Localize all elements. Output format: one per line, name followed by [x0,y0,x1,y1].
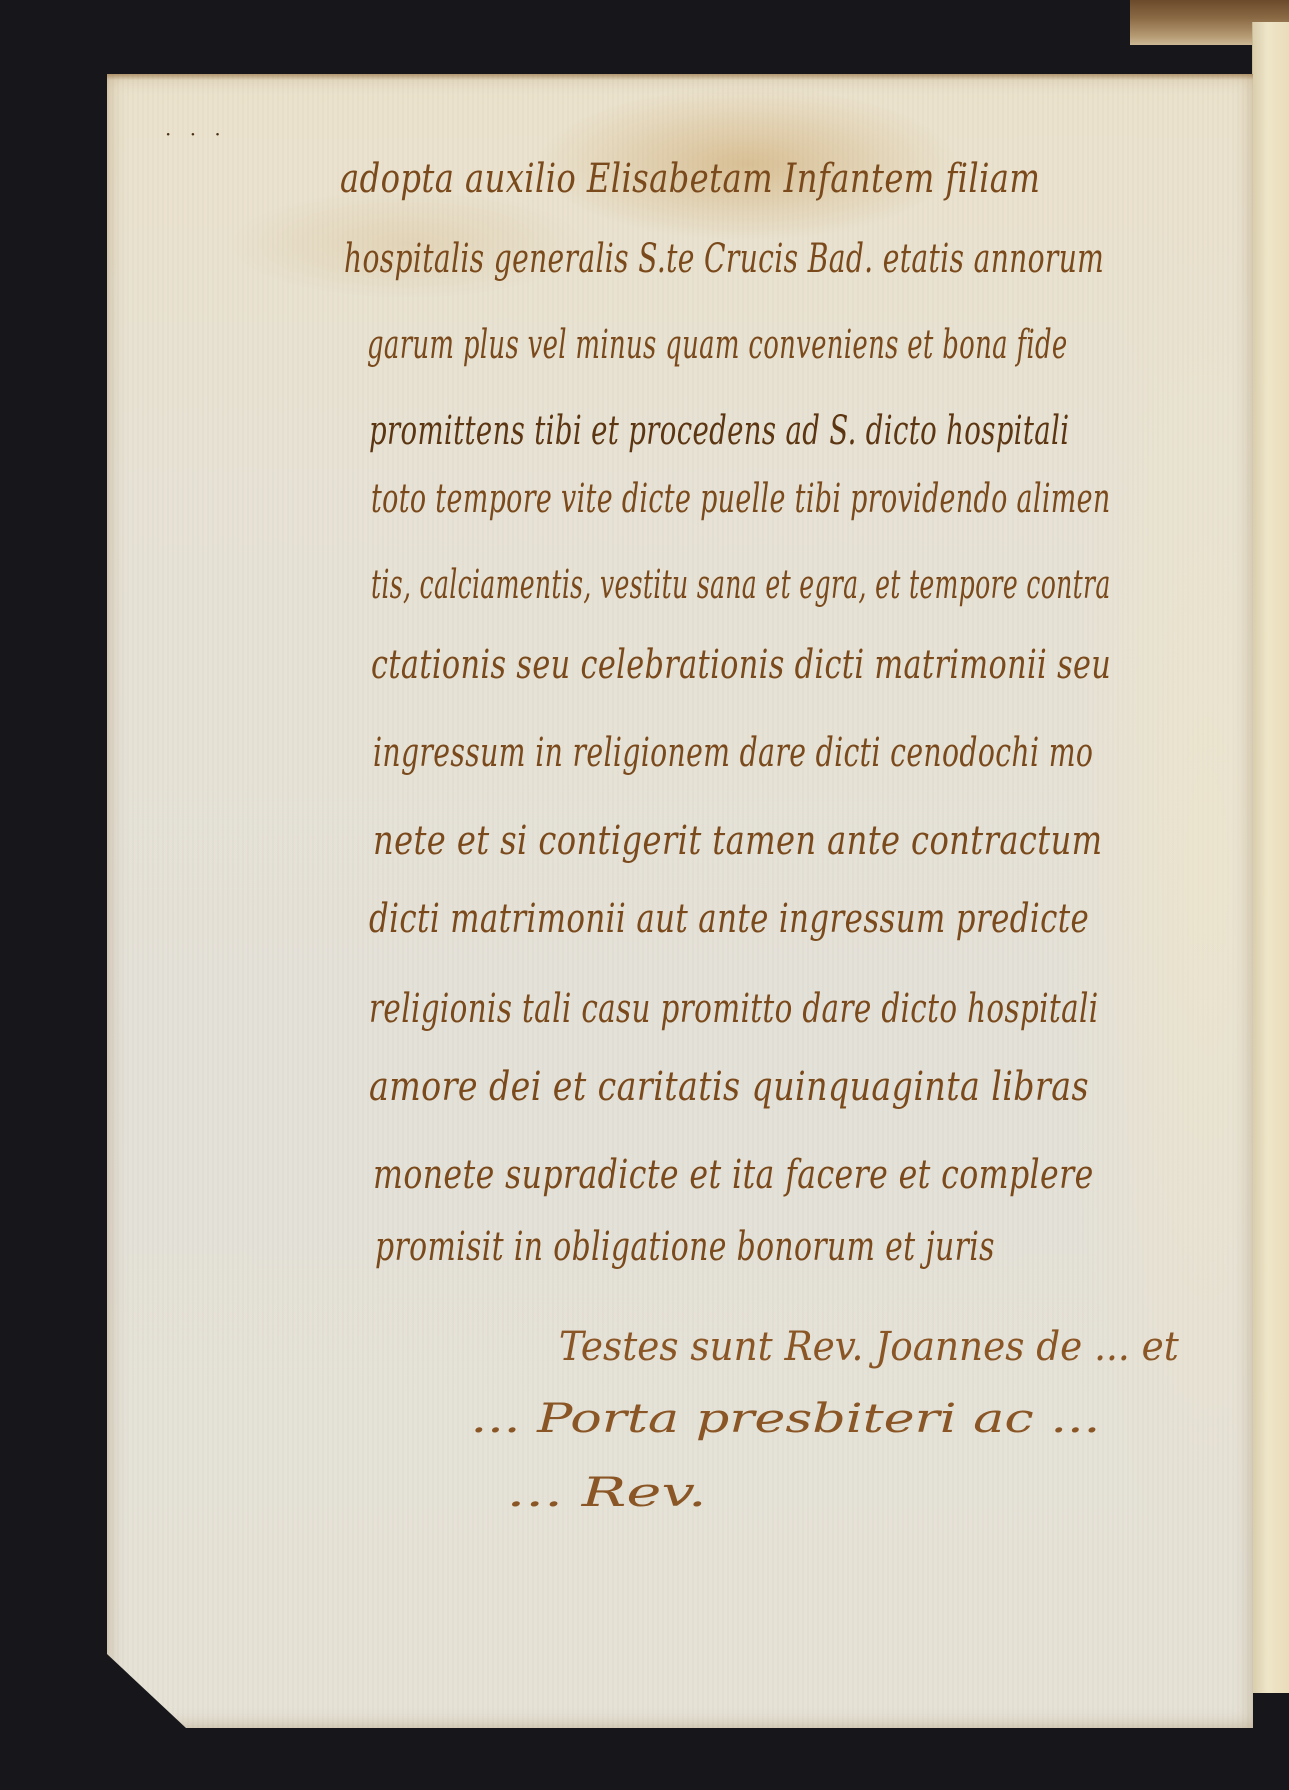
witness-line-1: Testes sunt Rev. Joannes de ... et [559,1324,1179,1370]
text-line-1: adopta auxilio Elisabetam Infantem filia… [340,156,1040,202]
text-line-9: nete et si contigerit tamen ante contrac… [373,818,1103,864]
manuscript-text: adopta auxilio Elisabetam Infantem filia… [107,74,1253,1728]
photo-stage: · · · adopta auxilio Elisabetam Infantem… [0,0,1289,1790]
background-corner [1252,1693,1289,1790]
text-line-13: monete supradicte et ita facere et compl… [373,1152,1094,1198]
text-line-3: garum plus vel minus quam conveniens et … [367,322,1068,368]
adjacent-leaf-edge [1252,22,1289,1737]
text-line-14: promisit in obligatione bonorum et juris [375,1224,995,1270]
manuscript-page: · · · adopta auxilio Elisabetam Infantem… [107,74,1253,1728]
witness-line-2: ... Porta presbiteri ac ... [470,1396,1100,1442]
text-line-5: toto tempore vite dicte puelle tibi prov… [371,476,1111,522]
text-line-10: dicti matrimonii aut ante ingressum pred… [369,896,1089,942]
text-line-8: ingressum in religionem dare dicti cenod… [373,730,1093,776]
text-line-7: ctationis seu celebrationis dicti matrim… [371,642,1111,688]
text-line-2: hospitalis generalis S.te Crucis Bad. et… [344,236,1104,282]
text-line-6: tis, calciamentis, vestitu sana et egra,… [371,562,1111,608]
text-line-12: amore dei et caritatis quinquaginta libr… [369,1064,1089,1110]
witness-line-3: ... Rev. [506,1470,706,1516]
text-line-4: promittens tibi et procedens ad S. dicto… [369,408,1069,454]
text-line-11: religionis tali casu promitto dare dicto… [369,986,1099,1032]
